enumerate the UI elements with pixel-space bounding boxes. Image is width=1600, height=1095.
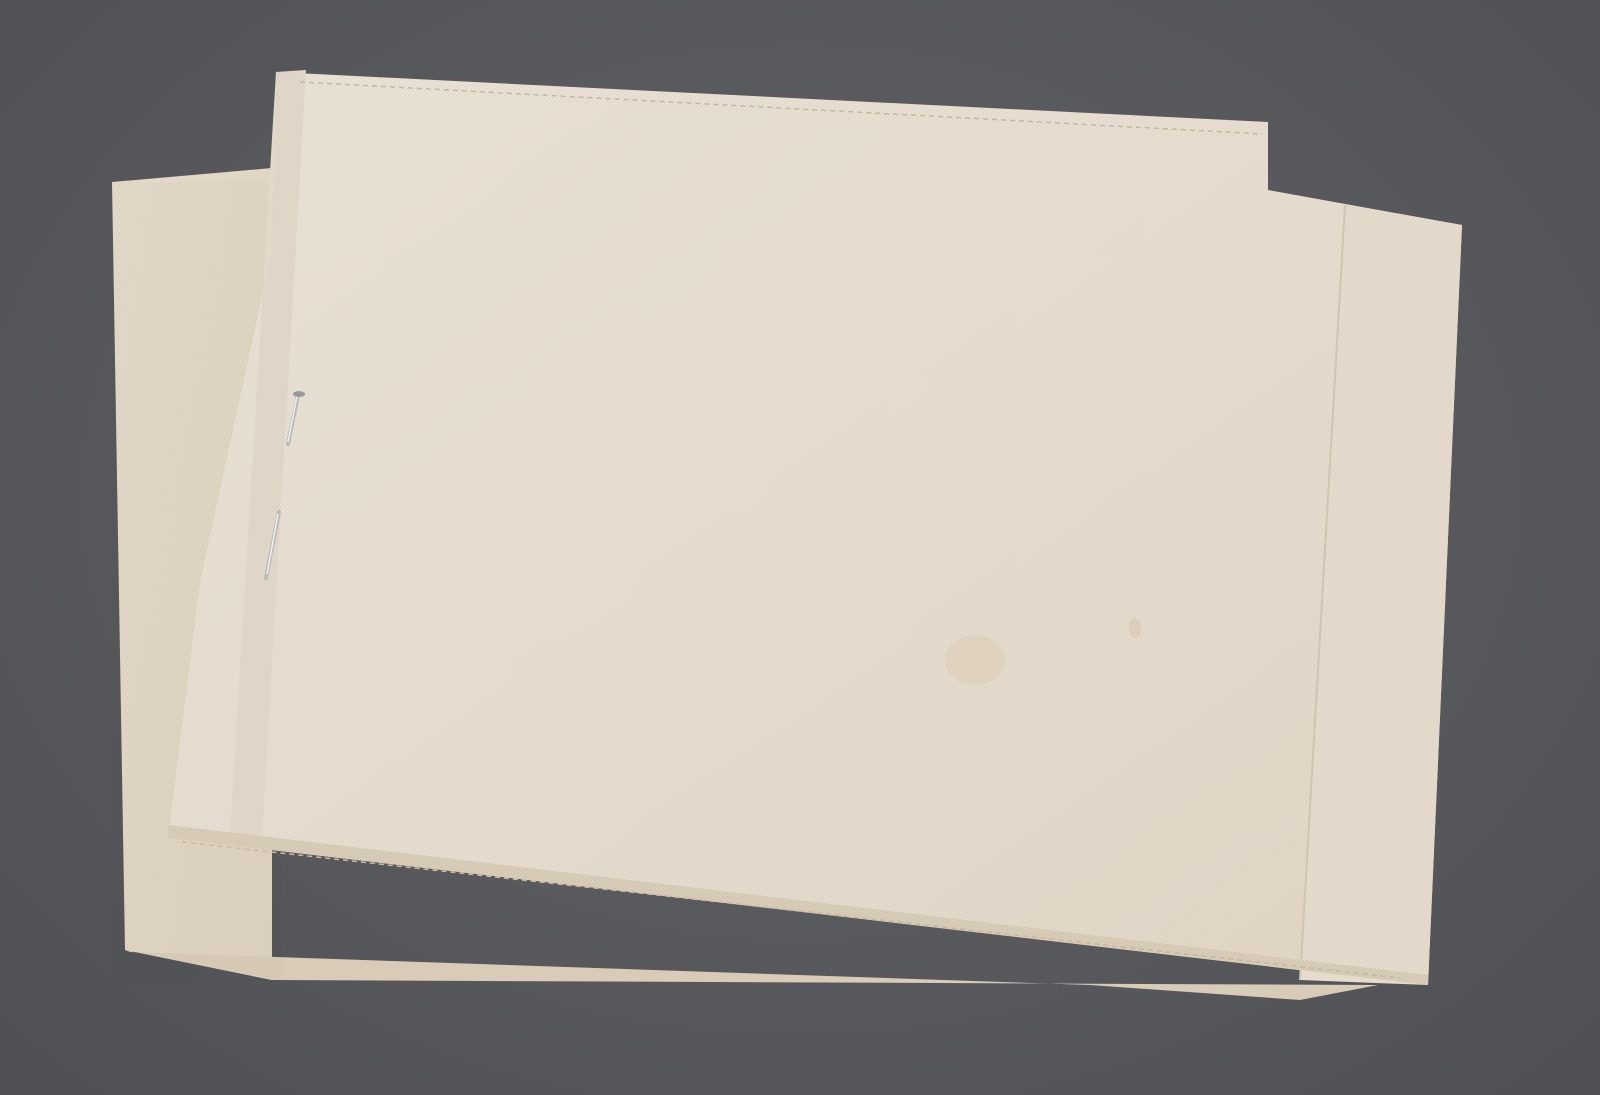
photo-scene: Folded off-white cotton armband with two… xyxy=(0,0,1600,1095)
armband-illustration xyxy=(0,0,1600,1095)
armband-front-panel xyxy=(168,70,1462,985)
